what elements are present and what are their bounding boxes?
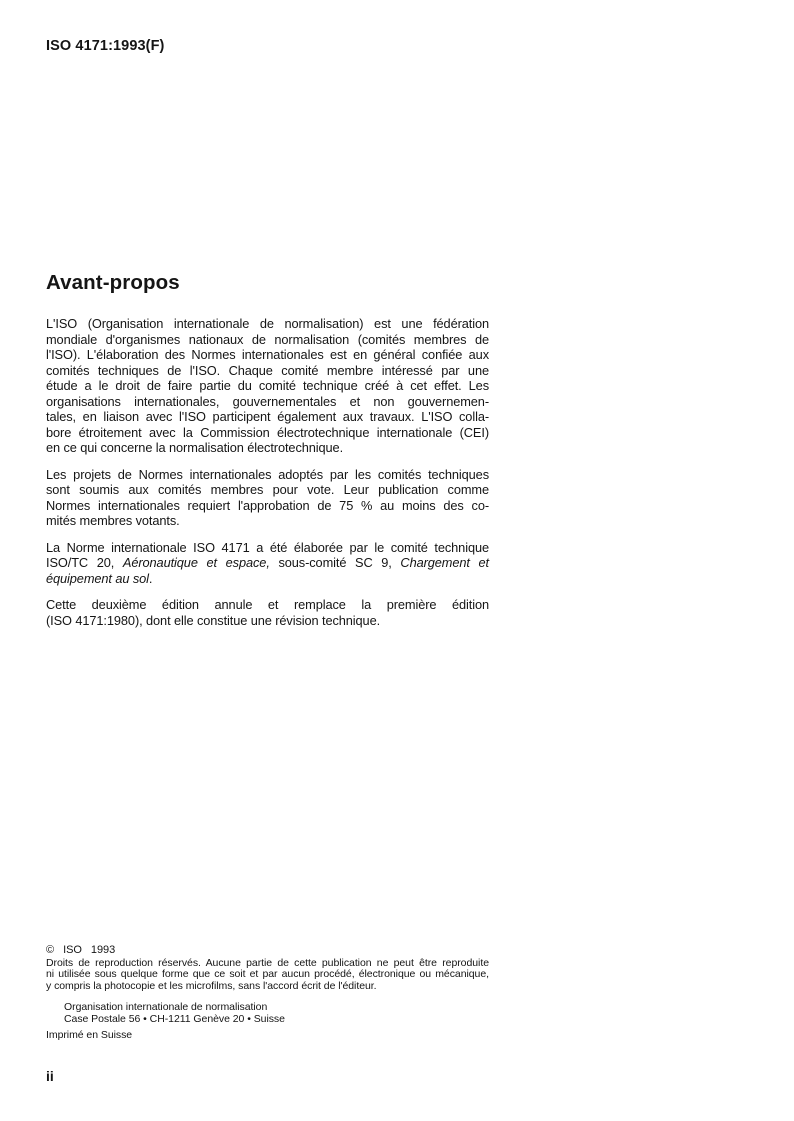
page-number: ii (46, 1068, 54, 1084)
paragraph-second-edition: Cette deuxième édition annule et remplac… (46, 597, 489, 628)
copyright-line: © ISO 1993 (46, 945, 489, 957)
paragraph-iso-description: L'ISO (Organisation internationale de no… (46, 316, 489, 456)
text-line: sont soumis aux comités membres pour vot… (46, 482, 489, 498)
text-line: Cette deuxième édition annule et remplac… (46, 597, 489, 613)
text-line: La Norme internationale ISO 4171 a été é… (46, 540, 489, 556)
text-line: équipement au sol. (46, 571, 489, 587)
document-reference: ISO 4171:1993(F) (46, 38, 164, 54)
text-line: l'ISO). L'élaboration des Normes interna… (46, 347, 489, 363)
text-line: ISO/TC 20, Aéronautique et espace, sous-… (46, 555, 489, 571)
text-line: Case Postale 56 • CH-1211 Genève 20 • Su… (64, 1014, 489, 1026)
text-line: Normes internationales requiert l'approb… (46, 498, 489, 514)
text-line: organisations internationales, gouvernem… (46, 394, 489, 410)
foreword-body: L'ISO (Organisation internationale de no… (46, 316, 489, 639)
text-line: Organisation internationale de normalisa… (64, 1002, 489, 1014)
italic-text-segment: Chargement et (400, 555, 489, 570)
text-segment: ISO/TC 20, (46, 555, 123, 570)
foreword-title: Avant-propos (46, 271, 180, 295)
text-line: étude a le droit de faire partie du comi… (46, 378, 489, 394)
paragraph-voting-rules: Les projets de Normes internationales ad… (46, 467, 489, 529)
text-line: mondiale d'organismes nationaux de norma… (46, 332, 489, 348)
document-page: ISO 4171:1993(F) Avant-propos L'ISO (Org… (0, 0, 794, 1121)
text-line: comités techniques de l'ISO. Chaque comi… (46, 363, 489, 379)
text-line: bore étroitement avec la Commission élec… (46, 425, 489, 441)
text-line: L'ISO (Organisation internationale de no… (46, 316, 489, 332)
text-line: y compris la photocopie et les microfilm… (46, 981, 489, 993)
text-segment: . (149, 571, 152, 586)
printed-in: Imprimé en Suisse (46, 1030, 489, 1042)
italic-text-segment: Aéronautique et espace, (123, 555, 270, 570)
text-segment: sous-comité SC 9, (270, 555, 401, 570)
text-line: mités membres votants. (46, 513, 489, 529)
italic-text-segment: équipement au sol (46, 571, 149, 586)
publisher-address: Organisation internationale de normalisa… (64, 1002, 489, 1025)
text-line: Les projets de Normes internationales ad… (46, 467, 489, 483)
text-line: en ce qui concerne la normalisation élec… (46, 440, 489, 456)
paragraph-technical-committee: La Norme internationale ISO 4171 a été é… (46, 540, 489, 587)
text-line: (ISO 4171:1980), dont elle constitue une… (46, 613, 489, 629)
text-line: tales, en liaison avec l'ISO participent… (46, 409, 489, 425)
copyright-block: © ISO 1993 Droits de reproduction réserv… (46, 945, 489, 1042)
copyright-notice: Droits de reproduction réservés. Aucune … (46, 958, 489, 993)
